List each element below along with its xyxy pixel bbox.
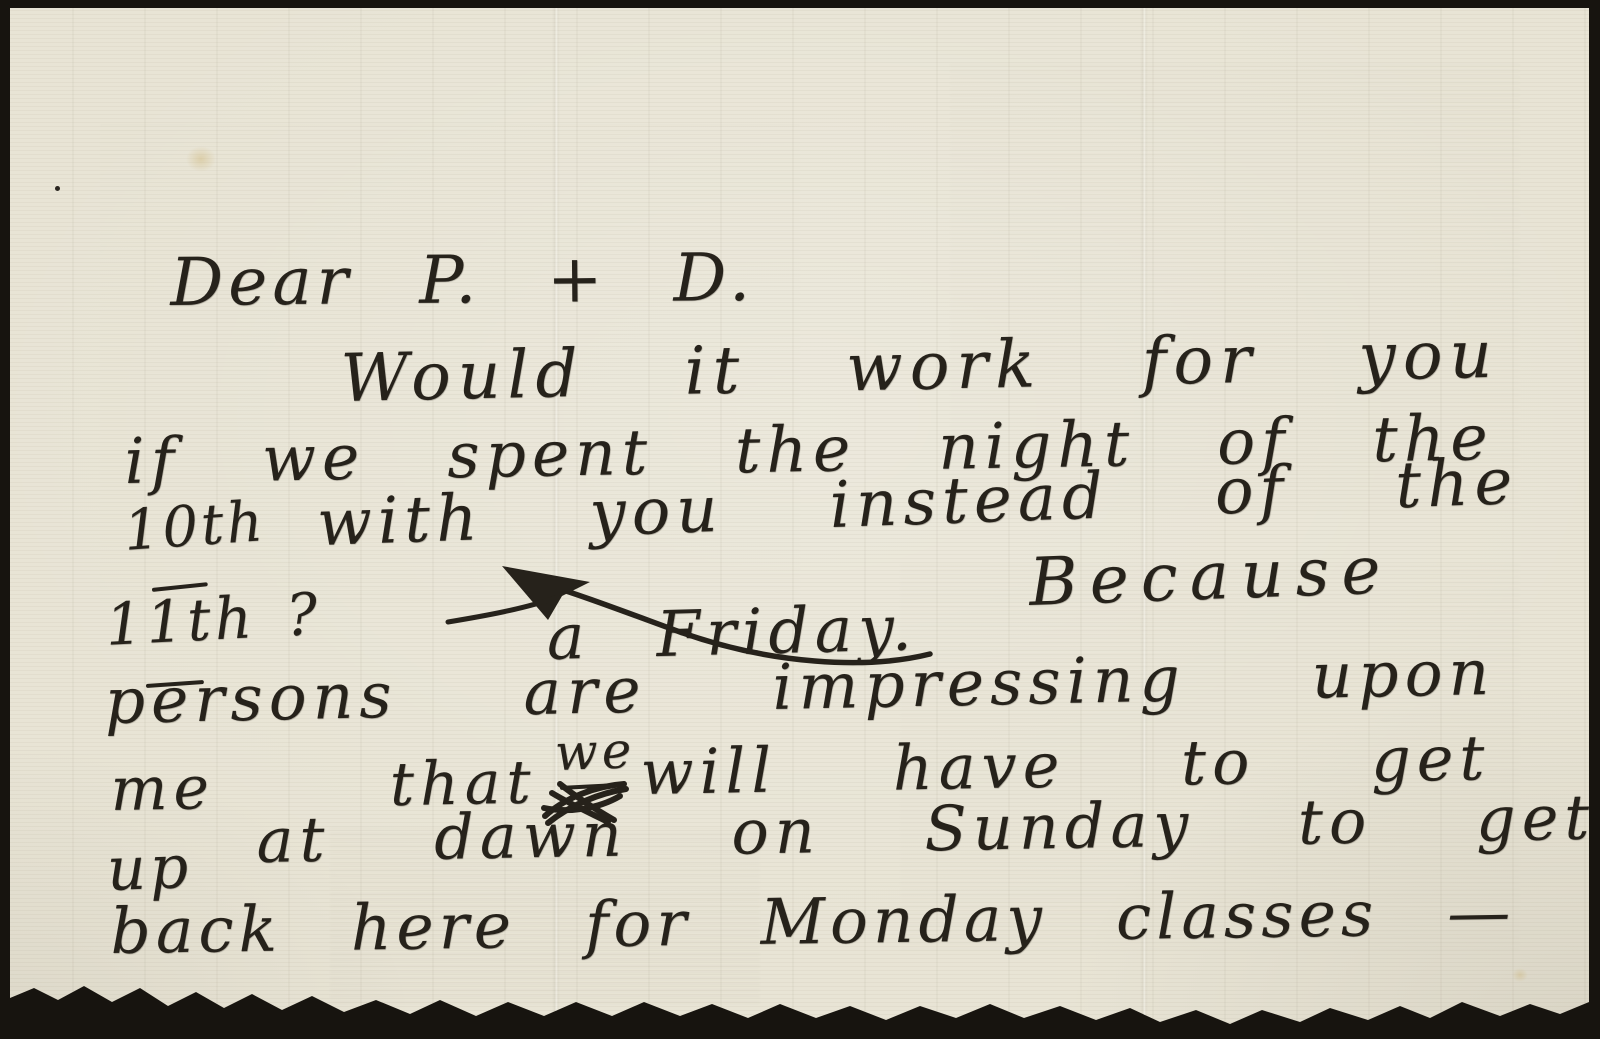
paper-stain — [186, 146, 216, 172]
letter-paper: Dear P. + D.Would it work for youif we s… — [0, 0, 1600, 1039]
paper-stain — [1512, 968, 1528, 982]
scribbled-out-word — [540, 778, 632, 830]
handwriting-salutation: Dear P. + D. — [170, 245, 755, 316]
ink-speck — [55, 186, 60, 191]
photo-background: Dear P. + D.Would it work for youif we s… — [0, 0, 1600, 1039]
handwriting-line-11th: 11th ? — [104, 585, 323, 654]
handwriting-word-we-inserted: we — [554, 725, 636, 778]
handwriting-line-up: up — [106, 837, 193, 900]
handwriting-line-back-here: back here for Monday classes — — [110, 880, 1516, 963]
handwriting-line-because: Because — [1028, 537, 1393, 616]
insertion-arrow — [438, 552, 958, 677]
handwriting-line-10th: 10th — [122, 494, 267, 560]
